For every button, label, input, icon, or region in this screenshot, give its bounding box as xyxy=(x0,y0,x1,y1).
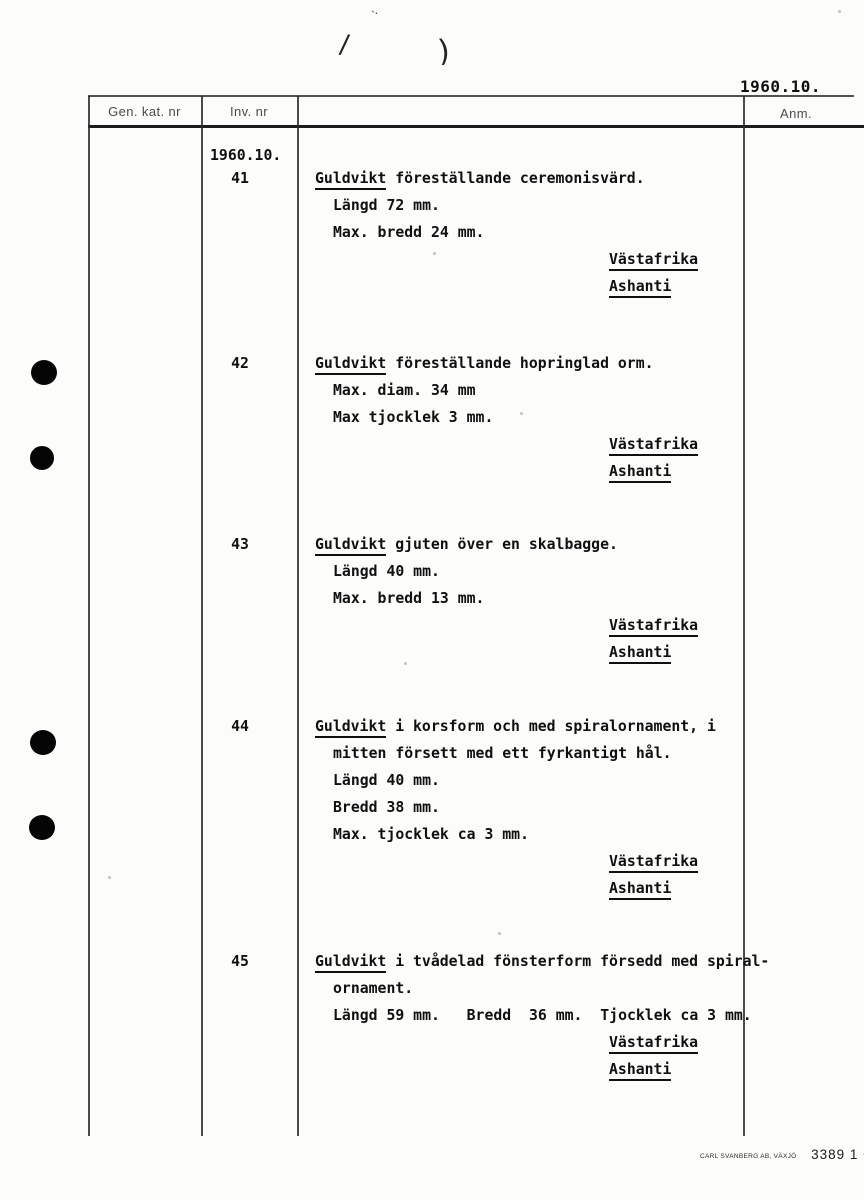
column-header-anm: Anm. xyxy=(743,106,849,121)
punch-hole xyxy=(30,730,56,755)
dimension-line: Max. bredd 13 mm. xyxy=(333,585,795,612)
printer-name: CARL SVANBERG AB, VÄXJÖ xyxy=(700,1153,796,1160)
dimension-line: Max. diam. 34 mm xyxy=(333,377,795,404)
entry-title-rest: föreställande ceremonisvärd. xyxy=(386,170,644,187)
table-left-border xyxy=(88,96,90,1136)
inv-nr: 42 xyxy=(205,350,275,377)
provenance-region: Västafrika xyxy=(609,251,698,271)
provenance-people-line: Ashanti xyxy=(609,639,795,666)
provenance-region-line: Västafrika xyxy=(609,848,795,875)
provenance-people: Ashanti xyxy=(609,278,671,298)
entry-details: Längd 40 mm.Max. bredd 13 mm. xyxy=(315,558,795,612)
printer-imprint: CARL SVANBERG AB, VÄXJÖ 3389 1 68 xyxy=(700,1144,864,1163)
entry-details: Längd 59 mm. Bredd 36 mm. Tjocklek ca 3 … xyxy=(315,1002,795,1029)
provenance-region: Västafrika xyxy=(609,436,698,456)
inv-nr: 43 xyxy=(205,531,275,558)
scan-speck xyxy=(108,876,111,879)
provenance-region-line: Västafrika xyxy=(609,1029,795,1056)
entry-details: Max. diam. 34 mmMax tjocklek 3 mm. xyxy=(315,377,795,431)
entry-term: Guldvikt xyxy=(315,953,386,973)
dimension-line: Längd 40 mm. xyxy=(333,767,795,794)
entry-title-rest: gjuten över en skalbagge. xyxy=(386,536,618,553)
dimension-line: Max. tjocklek ca 3 mm. xyxy=(333,821,795,848)
inv-nr: 45 xyxy=(205,948,275,975)
entry-body: Guldvikt gjuten över en skalbagge. Längd… xyxy=(315,531,795,666)
provenance-people-line: Ashanti xyxy=(609,875,795,902)
provenance-people: Ashanti xyxy=(609,463,671,483)
provenance-region: Västafrika xyxy=(609,853,698,873)
entry-title-rest: i tvådelad fönsterform försedd med spira… xyxy=(386,953,769,970)
provenance-people: Ashanti xyxy=(609,1061,671,1081)
provenance-region: Västafrika xyxy=(609,1034,698,1054)
entry-title: Guldvikt i tvådelad fönsterform försedd … xyxy=(315,948,795,975)
provenance-people: Ashanti xyxy=(609,644,671,664)
entry-body: Guldvikt i korsform och med spiralorname… xyxy=(315,713,795,902)
dimension-line: Längd 72 mm. xyxy=(333,192,795,219)
entry-title: Guldvikt föreställande hopringlad orm. xyxy=(315,350,795,377)
entry-body: Guldvikt föreställande ceremonisvärd. Lä… xyxy=(315,165,795,300)
entry-title-rest: föreställande hopringlad orm. xyxy=(386,355,653,372)
entry-term: Guldvikt xyxy=(315,355,386,375)
entry-title: Guldvikt gjuten över en skalbagge. xyxy=(315,531,795,558)
entry-term: Guldvikt xyxy=(315,536,386,556)
punch-hole xyxy=(31,360,57,385)
scan-speck xyxy=(838,10,841,13)
entry-title: Guldvikt i korsform och med spiralorname… xyxy=(315,713,795,740)
form-code: 3389 1 68 xyxy=(811,1147,864,1162)
provenance-region-line: Västafrika xyxy=(609,246,795,273)
column-header-inv-nr: Inv. nr xyxy=(201,104,297,119)
entry-title-cont: mitten försett med ett fyrkantigt hål. xyxy=(333,740,795,767)
provenance-region-line: Västafrika xyxy=(609,431,795,458)
provenance-people-line: Ashanti xyxy=(609,1056,795,1083)
entry-details: Längd 72 mm.Max. bredd 24 mm. xyxy=(315,192,795,246)
entry-title-rest: i korsform och med spiralornament, i xyxy=(386,718,716,735)
punch-hole xyxy=(29,815,55,840)
provenance-region: Västafrika xyxy=(609,617,698,637)
entry-body: Guldvikt i tvådelad fönsterform försedd … xyxy=(315,948,795,1083)
scan-mark: ) xyxy=(436,33,451,69)
entry-term: Guldvikt xyxy=(315,170,386,190)
inv-nr: 41 xyxy=(205,165,275,192)
inv-nr: 44 xyxy=(205,713,275,740)
dimension-line: Längd 40 mm. xyxy=(333,558,795,585)
column-header-gen-kat-nr: Gen. kat. nr xyxy=(88,104,201,119)
provenance-people: Ashanti xyxy=(609,880,671,900)
table-header-rule xyxy=(88,125,864,128)
dimension-line: Max tjocklek 3 mm. xyxy=(333,404,795,431)
entry-title-cont: ornament. xyxy=(333,975,795,1002)
column-divider-inv xyxy=(297,96,299,1136)
entry-term: Guldvikt xyxy=(315,718,386,738)
scan-mark: ˴. xyxy=(371,4,378,17)
entry-body: Guldvikt föreställande hopringlad orm. M… xyxy=(315,350,795,485)
dimension-line: Bredd 38 mm. xyxy=(333,794,795,821)
scanned-catalog-page: ˴. / ) 1960.10. Gen. kat. nr Inv. nr Anm… xyxy=(0,0,864,1200)
scan-mark: / xyxy=(338,30,351,61)
entry-title: Guldvikt föreställande ceremonisvärd. xyxy=(315,165,795,192)
provenance-people-line: Ashanti xyxy=(609,458,795,485)
punch-hole xyxy=(30,446,54,470)
provenance-people-line: Ashanti xyxy=(609,273,795,300)
page-reference: 1960.10. xyxy=(740,77,821,96)
dimension-line: Max. bredd 24 mm. xyxy=(333,219,795,246)
entry-details: Längd 40 mm.Bredd 38 mm.Max. tjocklek ca… xyxy=(315,767,795,848)
dimension-line: Längd 59 mm. Bredd 36 mm. Tjocklek ca 3 … xyxy=(333,1002,795,1029)
column-divider-gen-kat xyxy=(201,96,203,1136)
scan-speck xyxy=(498,932,501,935)
provenance-region-line: Västafrika xyxy=(609,612,795,639)
